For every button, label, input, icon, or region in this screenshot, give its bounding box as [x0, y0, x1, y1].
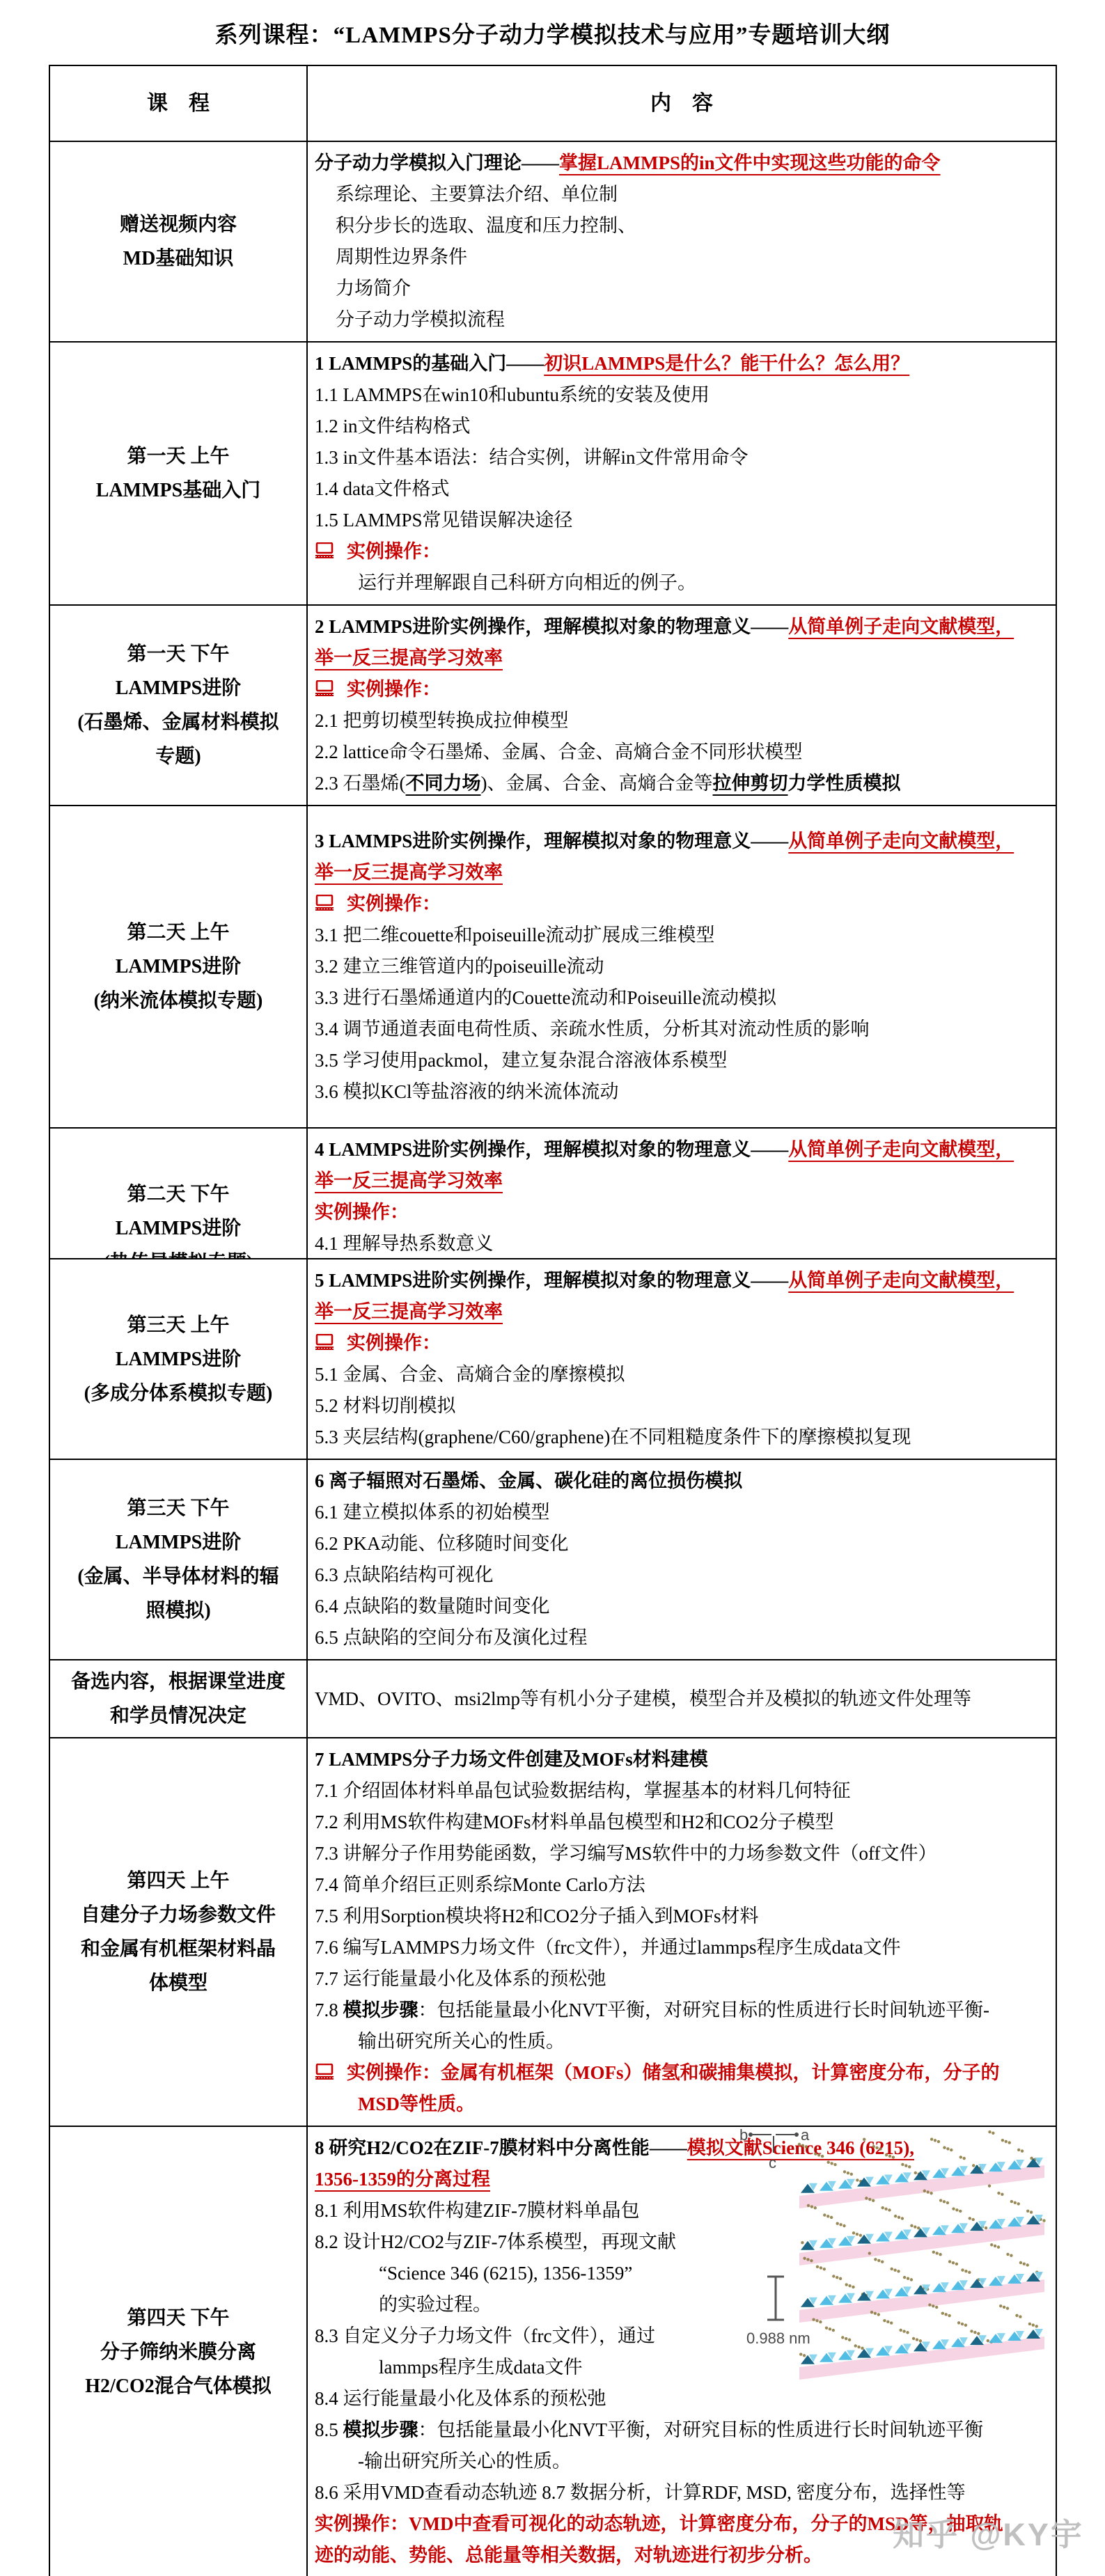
content-line: 举一反三提高学习效率: [315, 1296, 1046, 1328]
content-cell: 分子动力学模拟入门理论——掌握LAMMPS的in文件中实现这些功能的命令系综理论…: [308, 142, 1056, 341]
watermark: 知乎 @KY宇: [893, 2509, 1084, 2554]
text-segment: 3.6 模拟KCl等盐溶液的纳米流体流动: [315, 1081, 619, 1102]
course-cell: 第一天 下午LAMMPS进阶(石墨烯、金属材料模拟专题): [50, 606, 308, 805]
content-line: 分子动力学模拟入门理论——掌握LAMMPS的in文件中实现这些功能的命令: [315, 148, 1046, 179]
text-segment: 实例操作：: [347, 541, 441, 562]
text-segment: 举一反三提高学习效率: [315, 1301, 503, 1322]
course-line: MD基础知识: [53, 242, 304, 276]
course-line: 体模型: [53, 1966, 304, 2000]
content-line: 3 LAMMPS进阶实例操作，理解模拟对象的物理意义——从简单例子走向文献模型，: [315, 826, 1046, 857]
content-line: -输出研究所关心的性质。: [315, 2446, 1046, 2477]
course-cell: 第一天 上午LAMMPS基础入门: [50, 343, 308, 604]
content-line: 5 LAMMPS进阶实例操作，理解模拟对象的物理意义——从简单例子走向文献模型，: [315, 1265, 1046, 1296]
text-segment: 6 离子辐照对石墨烯、金属、碳化硅的离位损伤模拟: [315, 1470, 742, 1491]
content-line: 1.4 data文件格式: [315, 473, 1046, 505]
content-line: 3.1 把二维couette和poiseuille流动扩展成三维模型: [315, 920, 1046, 951]
content-line: 实例操作：: [315, 888, 1046, 920]
content-line: 5.1 金属、合金、高熵合金的摩擦模拟: [315, 1359, 1046, 1390]
text-segment: ：包括能量最小化NVT平衡，对研究目标的性质进行长时间轨迹平衡: [418, 2419, 984, 2440]
course-table-day3-4: 第三天 上午LAMMPS进阶(多成分体系模拟专题)5 LAMMPS进阶实例操作，…: [49, 1258, 1057, 2576]
text-segment: 6.4 点缺陷的数量随时间变化: [315, 1596, 550, 1617]
text-segment: )、金属、合金、高熵合金等: [481, 773, 713, 794]
text-segment: 8.5: [315, 2419, 343, 2440]
content-line: 2.2 lattice命令石墨烯、金属、合金、高熵合金不同形状模型: [315, 737, 1046, 768]
content-line: 3.5 学习使用packmol，建立复杂混合溶液体系模型: [315, 1045, 1046, 1076]
text-segment: 不同力场: [406, 773, 481, 794]
course-line: 第一天 下午: [53, 637, 304, 671]
content-line: 6.5 点缺陷的空间分布及演化过程: [315, 1622, 1046, 1654]
course-cell: 第三天 下午LAMMPS进阶(金属、半导体材料的辐照模拟): [50, 1460, 308, 1659]
course-line: 赠送视频内容: [53, 207, 304, 242]
content-line: 6.2 PKA动能、位移随时间变化: [315, 1528, 1046, 1560]
content-cell: 3 LAMMPS进阶实例操作，理解模拟对象的物理意义——从简单例子走向文献模型，…: [308, 806, 1056, 1127]
text-segment: 8 研究H2/CO2在ZIF-7膜材料中分离性能——: [315, 2137, 687, 2158]
text-segment: 从简单例子走向文献模型，: [788, 1270, 1014, 1291]
text-segment: 8.3 自定义分子力场文件（frc文件），通过: [315, 2325, 655, 2346]
content-line: 积分步长的选取、温度和压力控制、: [315, 210, 1046, 242]
text-segment: 运行并理解跟自己科研方向相近的例子。: [358, 572, 696, 593]
text-segment: 6.1 建立模拟体系的初始模型: [315, 1502, 550, 1523]
content-line: 的实验过程。: [315, 2289, 1046, 2320]
content-line: 力场简介: [315, 273, 1046, 304]
text-segment: 5.3 夹层结构(graphene/C60/graphene)在不同粗糙度条件下…: [315, 1427, 911, 1447]
course-line: 第二天 下午: [53, 1177, 304, 1211]
course-cell: 备选内容，根据课堂进度和学员情况决定: [50, 1660, 308, 1737]
text-segment: 2 LAMMPS进阶实例操作，理解模拟对象的物理意义——: [315, 616, 788, 637]
content-line: 1.5 LAMMPS常见错误解决途径: [315, 505, 1046, 536]
course-line: (纳米流体模拟专题): [53, 984, 304, 1018]
text-segment: 模拟文献Science 346 (6215),: [687, 2137, 914, 2158]
text-segment: 3 LAMMPS进阶实例操作，理解模拟对象的物理意义——: [315, 831, 788, 851]
text-segment: 从简单例子走向文献模型，: [788, 1139, 1014, 1160]
content-line: 分子动力学模拟流程: [315, 304, 1046, 336]
text-segment: 1.2 in文件结构格式: [315, 416, 471, 437]
text-segment: 8.1 利用MS软件构建ZIF-7膜材料单晶包: [315, 2200, 640, 2221]
text-segment: MSD等性质。: [358, 2094, 475, 2114]
content-line: “Science 346 (6215), 1356-1359”: [315, 2258, 1046, 2289]
course-line: 第一天 上午: [53, 439, 304, 473]
text-segment: 7.2 利用MS软件构建MOFs材料单晶包模型和H2和CO2分子模型: [315, 1812, 834, 1832]
text-segment: 7.1 介绍固体材料单晶包试验数据结构，掌握基本的材料几何特征: [315, 1780, 851, 1801]
course-line: 第三天 上午: [53, 1308, 304, 1342]
course-line: LAMMPS进阶: [53, 950, 304, 984]
text-segment: 3.5 学习使用packmol，建立复杂混合溶液体系模型: [315, 1050, 727, 1071]
course-line: 照模拟): [53, 1594, 304, 1628]
content-line: 实例操作：: [315, 674, 1046, 705]
course-cell: 第二天 上午LAMMPS进阶(纳米流体模拟专题): [50, 806, 308, 1127]
computer-icon: [315, 675, 336, 692]
content-line: 7.7 运行能量最小化及体系的预松弛: [315, 1963, 1046, 1995]
course-line: 第四天 上午: [53, 1864, 304, 1898]
text-segment: “Science 346 (6215), 1356-1359”: [379, 2263, 632, 2284]
content-line: 3.6 模拟KCl等盐溶液的纳米流体流动: [315, 1076, 1046, 1108]
course-line: LAMMPS进阶: [53, 1211, 304, 1246]
content-line: 6.1 建立模拟体系的初始模型: [315, 1497, 1046, 1528]
content-cell: 5 LAMMPS进阶实例操作，理解模拟对象的物理意义——从简单例子走向文献模型，…: [308, 1259, 1056, 1459]
text-segment: 输出研究所关心的性质。: [358, 2031, 565, 2052]
text-segment: 1.1 LAMMPS在win10和ubuntu系统的安装及使用: [315, 384, 710, 405]
text-segment: 6.5 点缺陷的空间分布及演化过程: [315, 1627, 588, 1648]
content-line: 8.4 运行能量最小化及体系的预松弛: [315, 2383, 1046, 2414]
text-segment: 从简单例子走向文献模型，: [788, 616, 1014, 637]
text-segment: 系综理论、主要算法介绍、单位制: [336, 184, 618, 205]
text-segment: lammps程序生成data文件: [379, 2357, 582, 2378]
text-segment: 7.5 利用Sorption模块将H2和CO2分子插入到MOFs材料: [315, 1906, 759, 1926]
course-line: 第三天 下午: [53, 1491, 304, 1525]
content-line: 2.1 把剪切模型转换成拉伸模型: [315, 705, 1046, 737]
content-line: 4 LAMMPS进阶实例操作，理解模拟对象的物理意义——从简单例子走向文献模型，: [315, 1134, 1046, 1165]
table-row: 第一天 下午LAMMPS进阶(石墨烯、金属材料模拟专题)2 LAMMPS进阶实例…: [50, 604, 1056, 805]
text-segment: 6.2 PKA动能、位移随时间变化: [315, 1533, 569, 1554]
course-line: 专题): [53, 739, 304, 773]
course-line: H2/CO2混合气体模拟: [53, 2369, 304, 2403]
course-cell: 第四天 上午自建分子力场参数文件和金属有机框架材料晶体模型: [50, 1738, 308, 2126]
text-segment: -输出研究所关心的性质。: [358, 2451, 571, 2472]
text-segment: 1.3 in文件基本语法：结合实例，讲解in文件常用命令: [315, 447, 749, 468]
text-segment: 1 LAMMPS的基础入门——: [315, 353, 544, 374]
text-segment: 分子动力学模拟入门理论——: [315, 152, 559, 173]
content-header: 内 容: [308, 66, 1056, 141]
course-line: 自建分子力场参数文件: [53, 1898, 304, 1932]
content-line: 举一反三提高学习效率: [315, 643, 1046, 674]
text-segment: 4.1 理解导热系数意义: [315, 1233, 494, 1254]
text-segment: 5 LAMMPS进阶实例操作，理解模拟对象的物理意义——: [315, 1270, 788, 1291]
table-row: 赠送视频内容MD基础知识分子动力学模拟入门理论——掌握LAMMPS的in文件中实…: [50, 141, 1056, 341]
content-line: 5.3 夹层结构(graphene/C60/graphene)在不同粗糙度条件下…: [315, 1422, 1046, 1453]
text-segment: 2.2 lattice命令石墨烯、金属、合金、高熵合金不同形状模型: [315, 741, 802, 762]
course-cell: 第三天 上午LAMMPS进阶(多成分体系模拟专题): [50, 1259, 308, 1459]
course-line: (多成分体系模拟专题): [53, 1376, 304, 1411]
table-row: 第二天 上午LAMMPS进阶(纳米流体模拟专题)3 LAMMPS进阶实例操作，理…: [50, 805, 1056, 1127]
table-row: 第四天 下午分子筛纳米膜分离H2/CO2混合气体模拟8 研究H2/CO2在ZIF…: [50, 2126, 1056, 2576]
text-segment: 2.1 把剪切模型转换成拉伸模型: [315, 710, 569, 731]
text-segment: VMD、OVITO、msi2lmp等有机小分子建模，模型合并及模拟的轨迹文件处理…: [315, 1688, 971, 1709]
course-cell: 赠送视频内容MD基础知识: [50, 142, 308, 341]
text-segment: 2.3 石墨烯(: [315, 773, 406, 794]
text-segment: 的实验过程。: [379, 2294, 492, 2315]
text-segment: 5.2 材料切削模拟: [315, 1395, 456, 1416]
text-segment: 实例操作：: [315, 1202, 409, 1223]
text-segment: 8.4 运行能量最小化及体系的预松弛: [315, 2388, 606, 2409]
content-line: 8.1 利用MS软件构建ZIF-7膜材料单晶包: [315, 2195, 1046, 2226]
content-line: 举一反三提高学习效率: [315, 1165, 1046, 1197]
content-line: 8 研究H2/CO2在ZIF-7膜材料中分离性能——模拟文献Science 34…: [315, 2133, 1046, 2164]
computer-icon: [315, 1329, 336, 1346]
table-row: 第四天 上午自建分子力场参数文件和金属有机框架材料晶体模型7 LAMMPS分子力…: [50, 1737, 1056, 2126]
content-line: 2.3 石墨烯(不同力场)、金属、合金、高熵合金等拉伸剪切力学性质模拟: [315, 768, 1046, 799]
content-line: 周期性边界条件: [315, 242, 1046, 273]
course-cell: 第四天 下午分子筛纳米膜分离H2/CO2混合气体模拟: [50, 2127, 308, 2576]
content-line: 7.2 利用MS软件构建MOFs材料单晶包模型和H2和CO2分子模型: [315, 1807, 1046, 1838]
content-cell: 7 LAMMPS分子力场文件创建及MOFs材料建模7.1 介绍固体材料单晶包试验…: [308, 1738, 1056, 2126]
text-segment: 力学性质模拟: [788, 773, 901, 794]
content-line: 7.6 编写LAMMPS力场文件（frc文件），并通过lammps程序生成dat…: [315, 1932, 1046, 1963]
text-segment: 举一反三提高学习效率: [315, 1170, 503, 1191]
content-line: 举一反三提高学习效率: [315, 857, 1046, 888]
text-segment: 3.4 调节通道表面电荷性质、亲疏水性质，分析其对流动性质的影响: [315, 1019, 870, 1039]
content-line: 7.4 简单介绍巨正则系综Monte Carlo方法: [315, 1869, 1046, 1901]
text-segment: 7.7 运行能量最小化及体系的预松弛: [315, 1968, 606, 1989]
text-segment: 3.1 把二维couette和poiseuille流动扩展成三维模型: [315, 925, 714, 945]
text-segment: 实例操作：金属有机框架（MOFs）储氢和碳捕集模拟，计算密度分布，分子的: [347, 2062, 999, 2083]
text-segment: 掌握LAMMPS的in文件中实现这些功能的命令: [559, 152, 941, 173]
course-line: 备选内容，根据课堂进度: [53, 1665, 304, 1699]
course-line: 第二天 上午: [53, 916, 304, 950]
text-segment: 分子动力学模拟流程: [336, 309, 505, 330]
text-segment: 初识LAMMPS是什么？能干什么？怎么用？: [544, 353, 909, 374]
content-line: VMD、OVITO、msi2lmp等有机小分子建模，模型合并及模拟的轨迹文件处理…: [315, 1683, 1046, 1715]
content-line: 3.4 调节通道表面电荷性质、亲疏水性质，分析其对流动性质的影响: [315, 1014, 1046, 1045]
content-line: 1.1 LAMMPS在win10和ubuntu系统的安装及使用: [315, 379, 1046, 411]
content-line: 7.5 利用Sorption模块将H2和CO2分子插入到MOFs材料: [315, 1901, 1046, 1932]
course-line: (金属、半导体材料的辐: [53, 1560, 304, 1594]
content-line: 1.2 in文件结构格式: [315, 411, 1046, 442]
text-segment: 举一反三提高学习效率: [315, 647, 503, 668]
content-line: 8.2 设计H2/CO2与ZIF-7体系模型，再现文献: [315, 2226, 1046, 2258]
content-cell: 2 LAMMPS进阶实例操作，理解模拟对象的物理意义——从简单例子走向文献模型，…: [308, 606, 1056, 805]
course-line: LAMMPS进阶: [53, 1342, 304, 1376]
content-line: 7.1 介绍固体材料单晶包试验数据结构，掌握基本的材料几何特征: [315, 1775, 1046, 1807]
text-segment: 周期性边界条件: [336, 246, 467, 267]
content-line: 5.2 材料切削模拟: [315, 1390, 1046, 1422]
course-line: 和金属有机框架材料晶: [53, 1932, 304, 1966]
text-segment: 1356-1359的分离过程: [315, 2169, 490, 2190]
text-segment: 实例操作：: [347, 679, 441, 700]
text-segment: 7.4 简单介绍巨正则系综Monte Carlo方法: [315, 1874, 645, 1895]
text-segment: 实例操作：: [347, 893, 441, 914]
content-line: 6 离子辐照对石墨烯、金属、碳化硅的离位损伤模拟: [315, 1466, 1046, 1497]
course-line: 和学员情况决定: [53, 1699, 304, 1733]
text-segment: 迹的动能、势能、总能量等相关数据，对轨迹进行初步分析。: [315, 2545, 822, 2566]
page: { "page": { "title": "系列课程：“LAMMPS分子动力学模…: [0, 0, 1105, 2576]
text-segment: 3.3 进行石墨烯通道内的Couette流动和Poiseuille流动模拟: [315, 987, 776, 1008]
table-header-row: 课 程内 容: [50, 66, 1056, 141]
course-line: LAMMPS进阶: [53, 671, 304, 705]
course-line: 第四天 下午: [53, 2301, 304, 2335]
text-segment: 6.3 点缺陷结构可视化: [315, 1564, 494, 1585]
content-line: 8.6 采用VMD查看动态轨迹 8.7 数据分析，计算RDF, MSD, 密度分…: [315, 2477, 1046, 2508]
content-line: 3.3 进行石墨烯通道内的Couette流动和Poiseuille流动模拟: [315, 982, 1046, 1014]
computer-icon: [315, 890, 336, 906]
table-row: 第一天 上午LAMMPS基础入门1 LAMMPS的基础入门——初识LAMMPS是…: [50, 341, 1056, 604]
text-segment: 模拟步骤: [343, 2419, 418, 2440]
course-table-day1-2: 课 程内 容赠送视频内容MD基础知识分子动力学模拟入门理论——掌握LAMMPS的…: [49, 65, 1057, 1329]
course-line: (石墨烯、金属材料模拟: [53, 705, 304, 739]
content-line: 7.8 模拟步骤：包括能量最小化NVT平衡，对研究目标的性质进行长时间轨迹平衡-: [315, 1995, 1046, 2026]
course-line: 分子筛纳米膜分离: [53, 2335, 304, 2369]
content-line: 8.3 自定义分子力场文件（frc文件），通过: [315, 2320, 1046, 2352]
content-line: 运行并理解跟自己科研方向相近的例子。: [315, 567, 1046, 599]
content-line: 1 LAMMPS的基础入门——初识LAMMPS是什么？能干什么？怎么用？: [315, 348, 1046, 379]
content-cell: 6 离子辐照对石墨烯、金属、碳化硅的离位损伤模拟6.1 建立模拟体系的初始模型6…: [308, 1460, 1056, 1659]
content-line: 8.5 模拟步骤：包括能量最小化NVT平衡，对研究目标的性质进行长时间轨迹平衡: [315, 2414, 1046, 2446]
content-line: 实例操作：: [315, 536, 1046, 567]
text-segment: ：包括能量最小化NVT平衡，对研究目标的性质进行长时间轨迹平衡-: [418, 2000, 989, 2020]
course-line: LAMMPS基础入门: [53, 473, 304, 508]
content-cell: VMD、OVITO、msi2lmp等有机小分子建模，模型合并及模拟的轨迹文件处理…: [308, 1660, 1056, 1737]
text-segment: 模拟步骤: [343, 2000, 418, 2020]
content-line: 1356-1359的分离过程: [315, 2164, 1046, 2195]
content-line: 4.1 理解导热系数意义: [315, 1228, 1046, 1259]
table-row: 备选内容，根据课堂进度和学员情况决定VMD、OVITO、msi2lmp等有机小分…: [50, 1659, 1056, 1737]
text-segment: 8.6 采用VMD查看动态轨迹 8.7 数据分析，计算RDF, MSD, 密度分…: [315, 2482, 966, 2503]
text-segment: 积分步长的选取、温度和压力控制、: [336, 215, 636, 236]
content-cell: 1 LAMMPS的基础入门——初识LAMMPS是什么？能干什么？怎么用？1.1 …: [308, 343, 1056, 604]
course-header: 课 程: [50, 66, 308, 141]
content-line: 1.3 in文件基本语法：结合实例，讲解in文件常用命令: [315, 442, 1046, 473]
text-segment: 1.4 data文件格式: [315, 478, 449, 499]
content-line: MSD等性质。: [315, 2089, 1046, 2120]
content-line: lammps程序生成data文件: [315, 2352, 1046, 2383]
content-line: 7.3 讲解分子作用势能函数，学习编写MS软件中的力场参数文件（off文件）: [315, 1838, 1046, 1869]
text-segment: 4 LAMMPS进阶实例操作，理解模拟对象的物理意义——: [315, 1139, 788, 1160]
content-line: 7 LAMMPS分子力场文件创建及MOFs材料建模: [315, 1744, 1046, 1775]
text-segment: 力场简介: [336, 278, 411, 299]
text-segment: 拉伸剪切: [713, 773, 788, 794]
page-title: 系列课程：“LAMMPS分子动力学模拟技术与应用”专题培训大纲: [0, 17, 1105, 49]
text-segment: 从简单例子走向文献模型，: [788, 831, 1014, 851]
text-segment: 实例操作：: [347, 1333, 441, 1353]
text-segment: 3.2 建立三维管道内的poiseuille流动: [315, 956, 604, 977]
content-line: 6.4 点缺陷的数量随时间变化: [315, 1591, 1046, 1622]
content-line: 系综理论、主要算法介绍、单位制: [315, 179, 1046, 210]
text-segment: 7.3 讲解分子作用势能函数，学习编写MS软件中的力场参数文件（off文件）: [315, 1843, 937, 1864]
content-line: 2 LAMMPS进阶实例操作，理解模拟对象的物理意义——从简单例子走向文献模型，: [315, 611, 1046, 643]
text-segment: 7 LAMMPS分子力场文件创建及MOFs材料建模: [315, 1749, 708, 1770]
content-line: 实例操作：金属有机框架（MOFs）储氢和碳捕集模拟，计算密度分布，分子的: [315, 2057, 1046, 2089]
content-line: 实例操作：: [315, 1197, 1046, 1228]
computer-icon: [315, 2059, 336, 2075]
table-row: 第三天 下午LAMMPS进阶(金属、半导体材料的辐照模拟)6 离子辐照对石墨烯、…: [50, 1459, 1056, 1659]
course-line: LAMMPS进阶: [53, 1525, 304, 1560]
table-row: 第三天 上午LAMMPS进阶(多成分体系模拟专题)5 LAMMPS进阶实例操作，…: [50, 1259, 1056, 1459]
text-segment: 7.8: [315, 2000, 343, 2020]
text-segment: 8.2 设计H2/CO2与ZIF-7体系模型，再现文献: [315, 2231, 676, 2252]
text-segment: 7.6 编写LAMMPS力场文件（frc文件），并通过lammps程序生成dat…: [315, 1937, 900, 1958]
content-line: 输出研究所关心的性质。: [315, 2026, 1046, 2057]
content-line: 3.2 建立三维管道内的poiseuille流动: [315, 951, 1046, 982]
text-segment: 5.1 金属、合金、高熵合金的摩擦模拟: [315, 1364, 625, 1385]
text-segment: 举一反三提高学习效率: [315, 862, 503, 883]
content-line: 实例操作：: [315, 1328, 1046, 1359]
content-line: 6.3 点缺陷结构可视化: [315, 1560, 1046, 1591]
computer-icon: [315, 537, 336, 554]
text-segment: 1.5 LAMMPS常见错误解决途径: [315, 510, 573, 531]
